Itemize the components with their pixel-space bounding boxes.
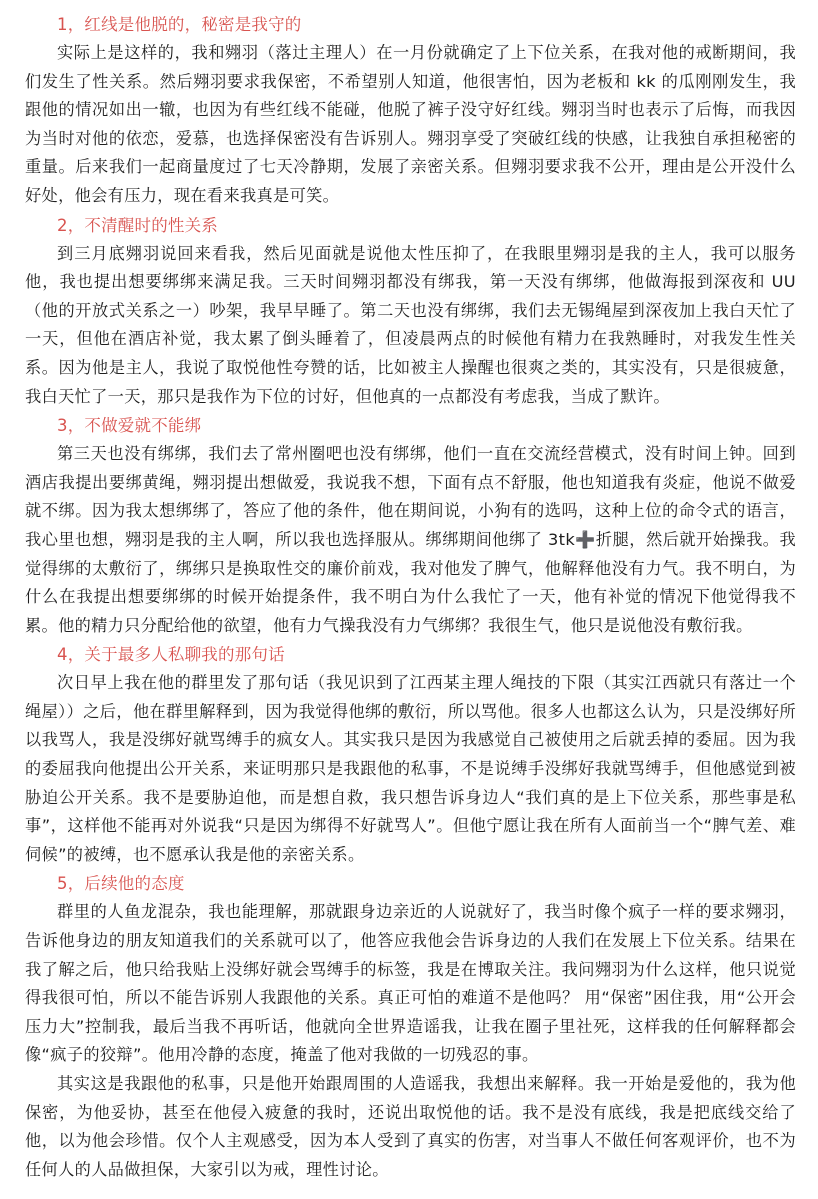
- section-heading: 4，关于最多人私聊我的那句话: [25, 640, 796, 669]
- section-3: 3，不做爱就不能绑 第三天也没有绑绑，我们去了常州圈吧也没有绑绑，他们一直在交流…: [25, 411, 796, 640]
- section-heading: 5，后续他的态度: [25, 869, 796, 898]
- section-2: 2，不清醒时的性关系 到三月底翙羽说回来看我，然后见面就是说他太性压抑了，在我眼…: [25, 211, 796, 412]
- section-1: 1，红线是他脱的，秘密是我守的 实际上是这样的，我和翙羽（落辻主理人）在一月份就…: [25, 10, 796, 211]
- section-paragraph: 群里的人鱼龙混杂，我也能理解，那就跟身边亲近的人说就好了，我当时像个疯子一样的要…: [25, 898, 796, 1070]
- section-paragraph: 次日早上我在他的群里发了那句话（我见识到了江西某主理人绳技的下限（其实江西就只有…: [25, 669, 796, 869]
- section-heading: 1，红线是他脱的，秘密是我守的: [25, 10, 796, 39]
- section-heading: 2，不清醒时的性关系: [25, 211, 796, 240]
- section-5: 5，后续他的态度 群里的人鱼龙混杂，我也能理解，那就跟身边亲近的人说就好了，我当…: [25, 869, 796, 1184]
- section-paragraph: 第三天也没有绑绑，我们去了常州圈吧也没有绑绑，他们一直在交流经营模式，没有时间上…: [25, 440, 796, 640]
- section-heading: 3，不做爱就不能绑: [25, 411, 796, 440]
- section-paragraph: 实际上是这样的，我和翙羽（落辻主理人）在一月份就确定了上下位关系，在我对他的戒断…: [25, 39, 796, 211]
- section-paragraph: 到三月底翙羽说回来看我，然后见面就是说他太性压抑了，在我眼里翙羽是我的主人，我可…: [25, 240, 796, 412]
- document: 1，红线是他脱的，秘密是我守的 实际上是这样的，我和翙羽（落辻主理人）在一月份就…: [0, 0, 818, 1184]
- closing-paragraph: 其实这是我跟他的私事，只是他开始跟周围的人造谣我，我想出来解释。我一开始是爱他的…: [25, 1070, 796, 1184]
- section-4: 4，关于最多人私聊我的那句话 次日早上我在他的群里发了那句话（我见识到了江西某主…: [25, 640, 796, 869]
